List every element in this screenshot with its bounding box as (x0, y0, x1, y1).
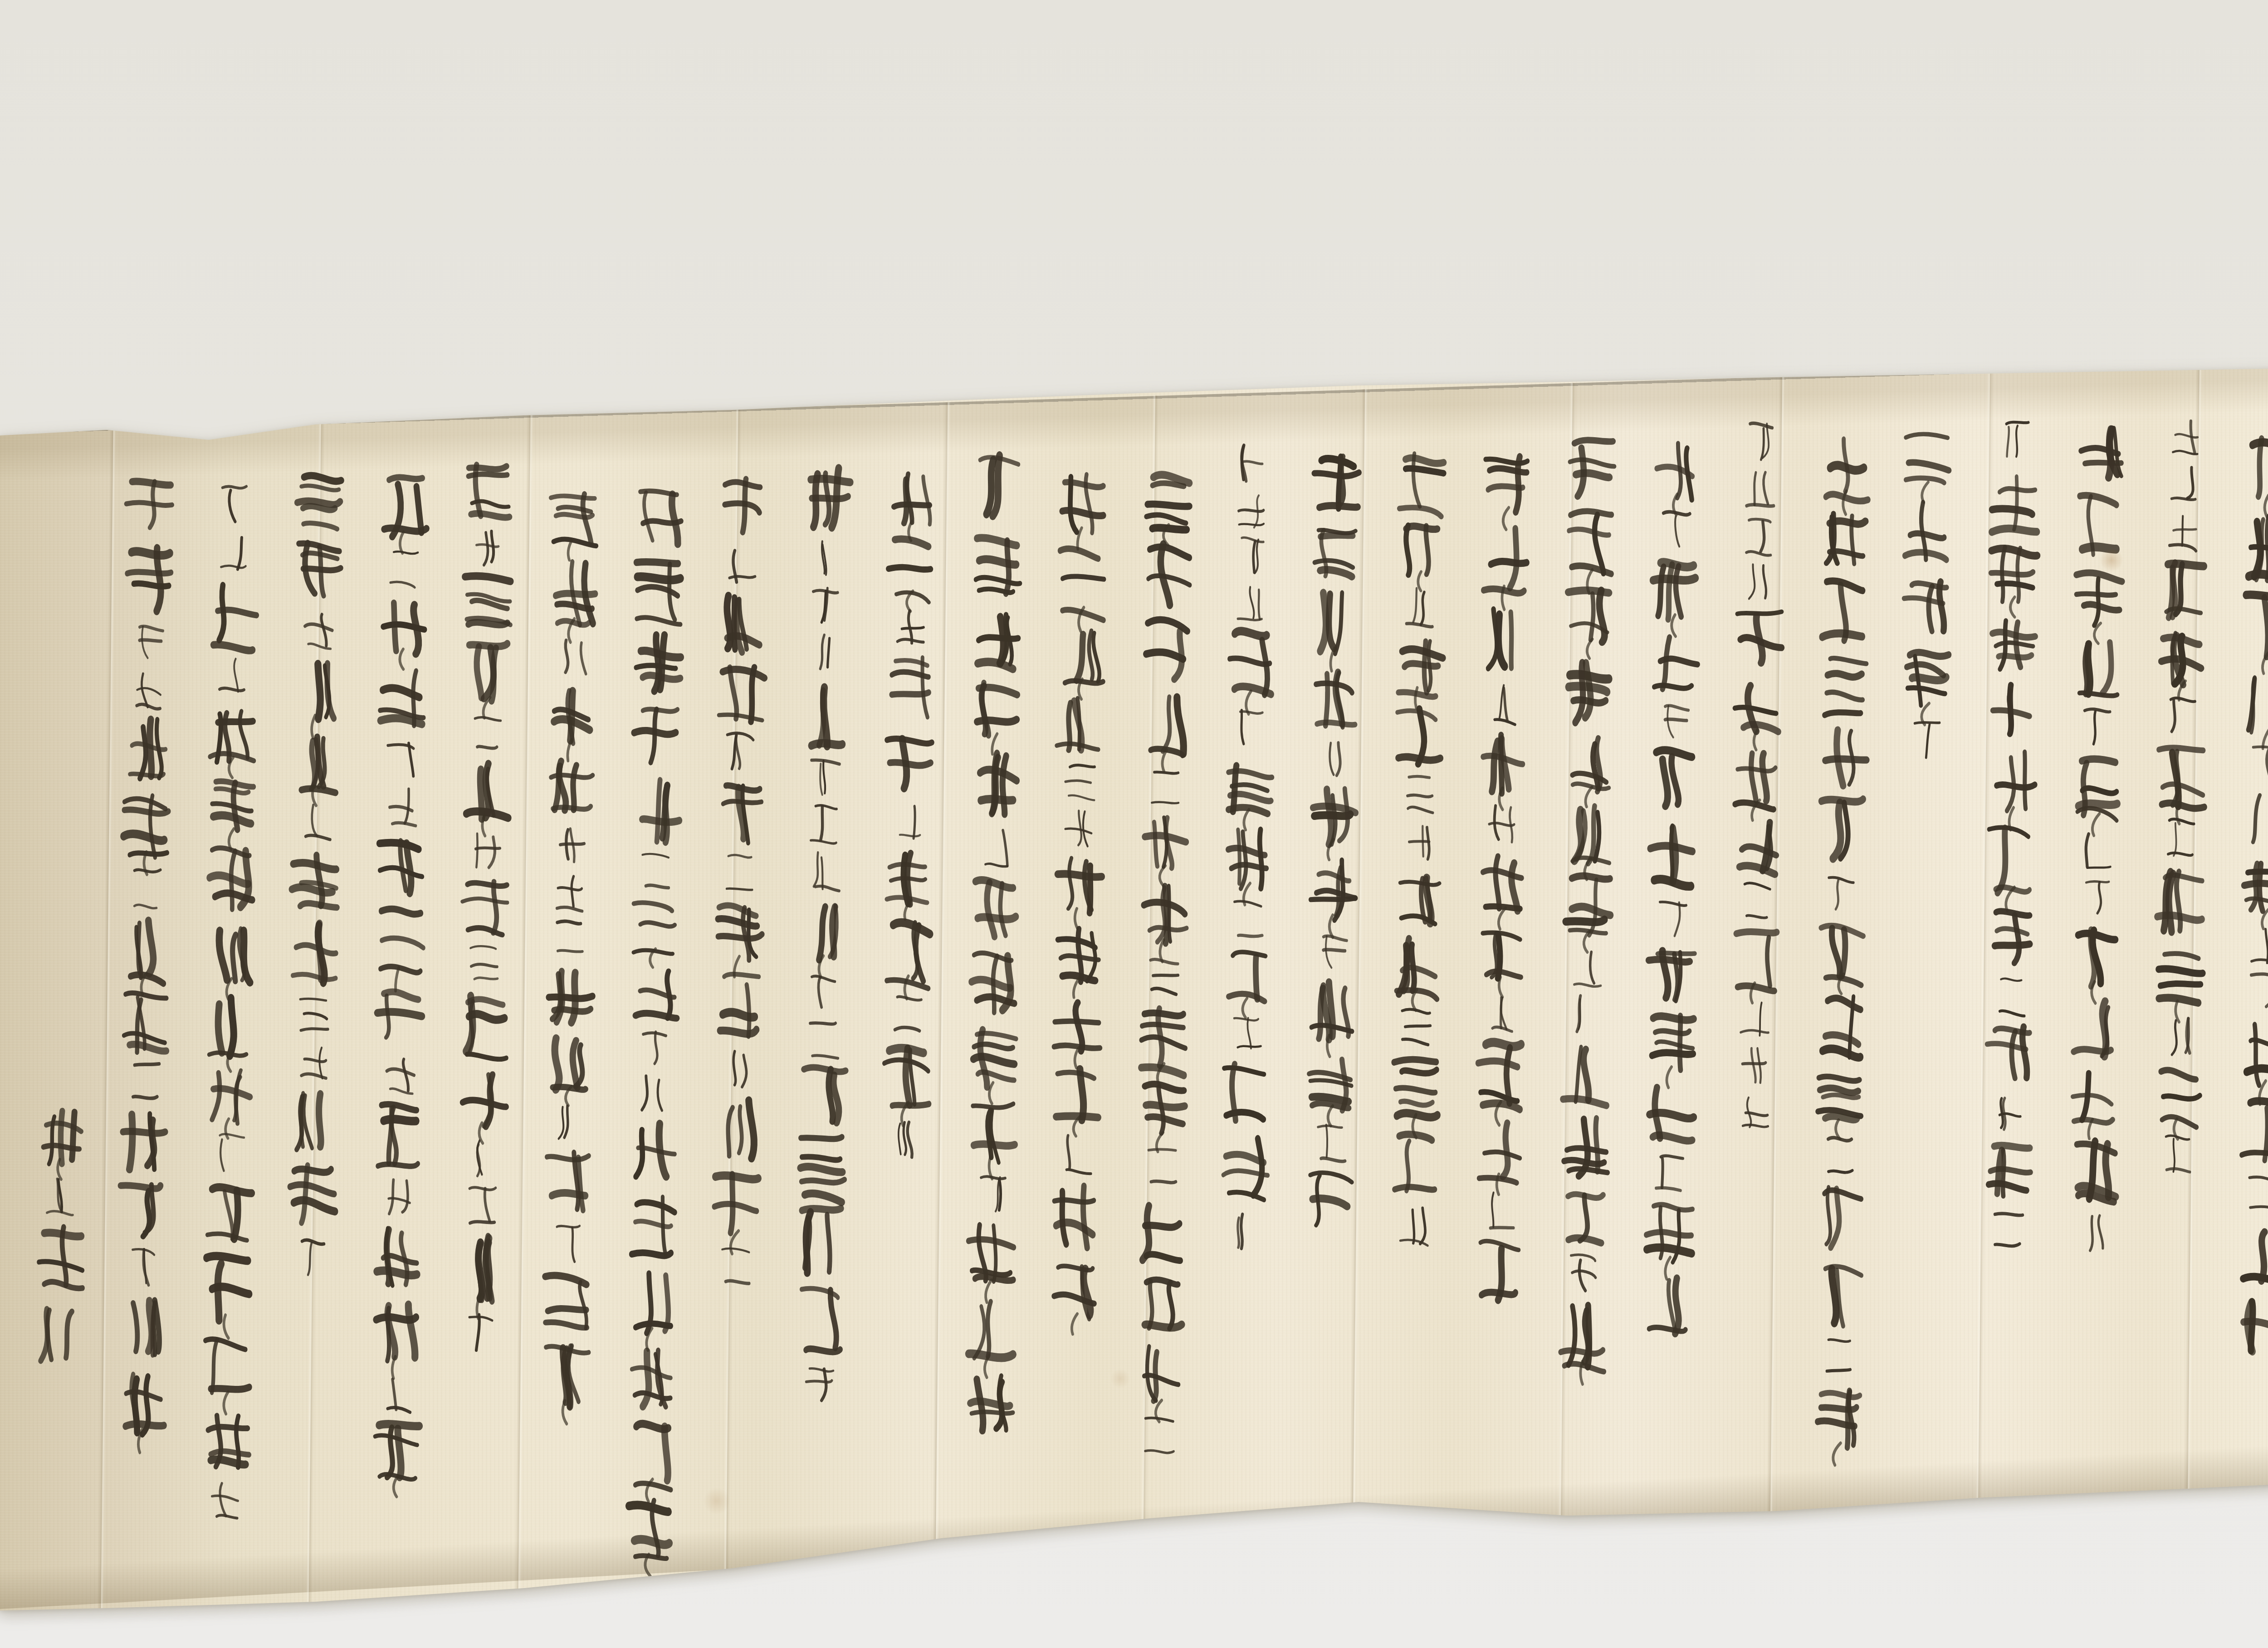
calligraphy-glyph (1813, 918, 1871, 985)
calligraphy-glyph (1312, 1119, 1349, 1163)
calligraphy-glyph (1304, 782, 1363, 850)
calligraphy-glyph (965, 873, 1023, 946)
calligraphy-glyph (963, 1024, 1022, 1094)
calligraphy-glyph (719, 1047, 756, 1092)
calligraphy-glyph (463, 1310, 500, 1354)
calligraphy-glyph (881, 651, 939, 725)
calligraphy-glyph (2249, 741, 2268, 785)
calligraphy-glyph (1809, 1381, 1867, 1455)
text-column (275, 466, 355, 1281)
calligraphy-glyph (466, 942, 503, 986)
calligraphy-glyph (1051, 623, 1110, 690)
calligraphy-glyph (201, 992, 259, 1062)
calligraphy-glyph (1396, 1204, 1433, 1248)
calligraphy-glyph (792, 1204, 850, 1279)
calligraphy-glyph (1742, 420, 1779, 464)
calligraphy-glyph (116, 987, 174, 1058)
calligraphy-glyph (707, 1166, 766, 1243)
calligraphy-glyph (1816, 506, 1875, 571)
calligraphy-glyph (203, 770, 261, 840)
calligraphy-glyph (1569, 945, 1606, 989)
calligraphy-glyph (628, 701, 686, 771)
calligraphy-glyph (2165, 461, 2203, 506)
text-column (529, 486, 610, 1414)
calligraphy-glyph (2166, 414, 2203, 459)
calligraphy-glyph (371, 983, 429, 1048)
calligraphy-glyph (638, 851, 674, 894)
calligraphy-glyph (2164, 694, 2201, 738)
calligraphy-glyph (882, 466, 941, 531)
calligraphy-glyph (297, 799, 334, 844)
calligraphy-glyph (286, 845, 344, 914)
calligraphy-glyph (968, 527, 1026, 601)
calligraphy-glyph (1824, 872, 1861, 916)
calligraphy-glyph (112, 1364, 171, 1442)
calligraphy-glyph (1481, 1188, 1519, 1232)
calligraphy-glyph (289, 466, 348, 533)
calligraphy-glyph (118, 713, 176, 786)
calligraphy-glyph (1642, 1009, 1700, 1078)
calligraphy-glyph (892, 605, 929, 649)
calligraphy-glyph (1726, 926, 1785, 994)
calligraphy-glyph (1652, 1150, 1689, 1195)
calligraphy-glyph (2071, 415, 2129, 485)
calligraphy-glyph (1315, 736, 1353, 780)
calligraphy-glyph (636, 1072, 672, 1115)
calligraphy-glyph (2234, 1219, 2268, 1287)
calligraphy-glyph (960, 1370, 1019, 1438)
calligraphy-glyph (709, 970, 767, 1045)
calligraphy-glyph (552, 868, 589, 912)
calligraphy-glyph (623, 1267, 681, 1341)
calligraphy-glyph (1050, 853, 1108, 920)
calligraphy-glyph (2074, 1211, 2112, 1255)
calligraphy-glyph (2247, 969, 2268, 1013)
calligraphy-glyph (1219, 823, 1277, 895)
calligraphy-glyph (1048, 991, 1107, 1059)
calligraphy-glyph (2238, 787, 2268, 852)
calligraphy-glyph (114, 1178, 173, 1242)
calligraphy-glyph (1229, 897, 1266, 941)
calligraphy-glyph (197, 1406, 256, 1474)
text-column (784, 459, 865, 1405)
calligraphy-glyph (1303, 853, 1362, 927)
calligraphy-glyph (805, 1017, 842, 1061)
calligraphy-glyph (458, 639, 516, 708)
calligraphy-glyph (2239, 665, 2268, 738)
calligraphy-glyph (2153, 627, 2212, 691)
calligraphy-glyph (551, 915, 588, 959)
calligraphy-glyph (115, 1107, 173, 1175)
calligraphy-glyph (627, 774, 685, 849)
calligraphy-glyph (374, 593, 432, 660)
calligraphy-glyph (1049, 922, 1107, 989)
calligraphy-glyph (1984, 679, 2042, 743)
calligraphy-glyph (968, 449, 1027, 525)
calligraphy-glyph (469, 524, 507, 569)
calligraphy-glyph (1138, 467, 1197, 536)
calligraphy-glyph (2240, 430, 2268, 508)
calligraphy-glyph (795, 896, 853, 968)
calligraphy-glyph (2162, 816, 2200, 861)
calligraphy-glyph (380, 1175, 417, 1219)
calligraphy-glyph (552, 821, 589, 866)
calligraphy-glyph (1471, 1037, 1530, 1115)
calligraphy-glyph (126, 1061, 163, 1105)
calligraphy-glyph (1641, 1080, 1700, 1147)
calligraphy-glyph (636, 1026, 673, 1069)
calligraphy-glyph (807, 756, 844, 800)
calligraphy-glyph (1388, 866, 1447, 930)
calligraphy-glyph (629, 554, 688, 627)
calligraphy-glyph (1228, 1011, 1265, 1055)
calligraphy-glyph (199, 1178, 258, 1248)
calligraphy-glyph (626, 897, 684, 959)
calligraphy-glyph (383, 784, 420, 829)
calligraphy-glyph (1562, 437, 1621, 502)
calligraphy-glyph (1558, 872, 1617, 942)
calligraphy-glyph (1046, 1257, 1105, 1325)
calligraphy-glyph (1388, 932, 1446, 1001)
calligraphy-glyph (793, 1132, 851, 1202)
calligraphy-glyph (2152, 740, 2211, 814)
calligraphy-glyph (202, 842, 261, 918)
calligraphy-glyph (464, 1183, 501, 1227)
scan-viewport: 出シ分ヲ承リ〆ニ坪二四位ナレバ全卸即千四百坪斗ラ以テ扱ヒニ千年来右ニテ何レモ自分… (0, 0, 2268, 1648)
calligraphy-glyph (963, 1097, 1022, 1169)
text-column (870, 466, 948, 1161)
calligraphy-glyph (623, 1190, 682, 1265)
calligraphy-glyph (1645, 629, 1704, 697)
calligraphy-glyph (1314, 929, 1351, 974)
text-column (1208, 440, 1288, 1253)
calligraphy-glyph (288, 652, 346, 727)
calligraphy-glyph (1474, 728, 1533, 800)
calligraphy-glyph (712, 661, 770, 727)
calligraphy-glyph (120, 540, 178, 617)
calligraphy-glyph (284, 1085, 342, 1157)
calligraphy-glyph (1556, 1112, 1615, 1182)
calligraphy-glyph (799, 460, 857, 534)
calligraphy-glyph (295, 992, 332, 1037)
calligraphy-glyph (299, 606, 336, 650)
calligraphy-glyph (1307, 448, 1365, 516)
calligraphy-glyph (1217, 1058, 1276, 1126)
calligraphy-glyph (1907, 717, 1944, 761)
calligraphy-glyph (1559, 732, 1618, 798)
calligraphy-glyph (1981, 902, 2040, 969)
calligraphy-glyph (1985, 465, 2044, 539)
text-column (699, 471, 779, 1290)
calligraphy-glyph (1566, 1252, 1603, 1296)
calligraphy-glyph (1306, 518, 1365, 582)
text-column (1123, 467, 1204, 1458)
calligraphy-glyph (723, 542, 761, 586)
calligraphy-glyph (1046, 1176, 1105, 1254)
calligraphy-glyph (1398, 1004, 1435, 1048)
calligraphy-glyph (1473, 922, 1531, 988)
calligraphy-glyph (1559, 800, 1618, 870)
calligraphy-glyph (467, 829, 504, 873)
calligraphy-glyph (967, 677, 1025, 745)
calligraphy-glyph (2154, 554, 2212, 624)
calligraphy-glyph (1305, 585, 1364, 660)
calligraphy-glyph (1135, 810, 1194, 876)
calligraphy-glyph (1554, 1298, 1613, 1374)
calligraphy-glyph (1980, 1137, 2038, 1205)
calligraphy-glyph (367, 1418, 425, 1487)
calligraphy-glyph (802, 1361, 839, 1405)
calligraphy-glyph (1644, 746, 1702, 815)
text-column (23, 1103, 98, 1368)
calligraphy-glyph (622, 1343, 680, 1415)
calligraphy-glyph (1822, 1132, 1859, 1177)
calligraphy-glyph (543, 554, 602, 632)
calligraphy-glyph (793, 1063, 852, 1130)
calligraphy-glyph (1137, 617, 1195, 687)
calligraphy-glyph (1133, 1078, 1192, 1143)
text-column (1632, 435, 1712, 1341)
calligraphy-glyph (1812, 987, 1871, 1063)
calligraphy-glyph (1476, 522, 1535, 599)
calligraphy-glyph (709, 898, 768, 967)
calligraphy-glyph (961, 1295, 1020, 1368)
calligraphy-glyph (2245, 1172, 2268, 1216)
calligraphy-glyph (127, 866, 165, 911)
calligraphy-glyph (385, 546, 422, 590)
calligraphy-glyph (554, 634, 591, 678)
calligraphy-glyph (721, 852, 758, 896)
text-column (614, 483, 696, 1566)
calligraphy-glyph (1216, 1129, 1275, 1207)
calligraphy-glyph (464, 1136, 501, 1180)
calligraphy-glyph (285, 916, 344, 990)
calligraphy-glyph (1134, 1000, 1192, 1076)
calligraphy-glyph (1989, 1207, 2027, 1252)
calligraphy-glyph (1736, 1090, 1773, 1134)
calligraphy-glyph (458, 571, 517, 637)
calligraphy-glyph (1727, 813, 1786, 878)
calligraphy-glyph (1568, 991, 1605, 1036)
calligraphy-glyph (113, 1291, 171, 1362)
calligraphy-glyph (283, 1159, 342, 1234)
calligraphy-glyph (1138, 538, 1196, 614)
paper-stain (703, 1487, 730, 1515)
calligraphy-glyph (805, 970, 842, 1014)
calligraphy-glyph (2066, 921, 2125, 993)
calligraphy-glyph (204, 700, 262, 768)
calligraphy-glyph (2235, 1096, 2268, 1170)
calligraphy-glyph (1131, 1270, 1190, 1337)
calligraphy-glyph (1391, 518, 1450, 582)
calligraphy-glyph (368, 1222, 427, 1293)
calligraphy-glyph (1473, 849, 1532, 920)
calligraphy-glyph (624, 1117, 683, 1188)
calligraphy-glyph (1817, 426, 1875, 503)
calligraphy-glyph (1560, 652, 1618, 730)
calligraphy-glyph (454, 1065, 513, 1134)
calligraphy-glyph (630, 483, 688, 552)
calligraphy-glyph (2247, 922, 2268, 966)
calligraphy-glyph (2160, 1132, 2197, 1177)
calligraphy-glyph (962, 1218, 1020, 1292)
calligraphy-glyph (288, 535, 347, 603)
calligraphy-glyph (1561, 585, 1619, 649)
calligraphy-glyph (2077, 875, 2115, 919)
calligraphy-glyph (1655, 699, 1692, 744)
calligraphy-glyph (216, 530, 253, 574)
calligraphy-glyph (1657, 508, 1694, 552)
calligraphy-glyph (889, 991, 926, 1035)
calligraphy-glyph (1051, 692, 1110, 757)
calligraphy-glyph (1813, 794, 1872, 869)
calligraphy-glyph (1982, 822, 2041, 900)
calligraphy-glyph (129, 666, 166, 711)
calligraphy-glyph (1729, 674, 1787, 741)
calligraphy-glyph (287, 730, 345, 796)
calligraphy-glyph (117, 789, 176, 864)
calligraphy-glyph (722, 730, 759, 774)
calligraphy-glyph (538, 1146, 597, 1220)
calligraphy-glyph (1227, 1209, 1264, 1253)
calligraphy-glyph (542, 754, 601, 819)
calligraphy-glyph (468, 711, 505, 755)
calligraphy-glyph (2078, 828, 2115, 873)
text-column (1801, 426, 1883, 1455)
manuscript-paper (0, 0, 2268, 1648)
calligraphy-glyph (1654, 896, 1691, 940)
calligraphy-glyph (1809, 1257, 1868, 1332)
calligraphy-glyph (1471, 1117, 1530, 1185)
calligraphy-glyph (1810, 1179, 1869, 1255)
calligraphy-glyph (2069, 636, 2127, 703)
calligraphy-glyph (1483, 990, 1520, 1035)
calligraphy-glyph (371, 903, 430, 980)
calligraphy-glyph (1984, 610, 2043, 677)
calligraphy-glyph (1728, 743, 1786, 811)
text-column (1718, 419, 1797, 1134)
calligraphy-glyph (1816, 573, 1874, 650)
calligraphy-glyph (205, 576, 263, 651)
calligraphy-glyph (1561, 504, 1620, 582)
calligraphy-glyph (30, 1297, 89, 1368)
calligraphy-glyph (621, 1494, 679, 1566)
calligraphy-glyph (1643, 817, 1702, 893)
calligraphy-glyph (1992, 971, 2029, 1016)
calligraphy-glyph (1642, 942, 1701, 1006)
calligraphy-glyph (879, 912, 937, 988)
text-column (359, 473, 441, 1487)
calligraphy-glyph (459, 458, 518, 522)
calligraphy-glyph (198, 1330, 256, 1404)
calligraphy-glyph (1741, 467, 1779, 511)
calligraphy-glyph (1729, 606, 1788, 672)
calligraphy-glyph (200, 1064, 259, 1129)
calligraphy-glyph (208, 1476, 245, 1521)
calligraphy-glyph (368, 1296, 426, 1369)
calligraphy-glyph (1899, 425, 1957, 493)
calligraphy-glyph (550, 1099, 587, 1144)
calligraphy-glyph (711, 776, 769, 849)
calligraphy-glyph (1232, 580, 1269, 625)
calligraphy-glyph (1470, 1234, 1529, 1308)
calligraphy-glyph (2150, 1061, 2208, 1130)
calligraphy-glyph (1811, 1066, 1870, 1130)
calligraphy-glyph (1477, 446, 1535, 520)
calligraphy-glyph (1984, 541, 2043, 608)
calligraphy-glyph (2237, 854, 2268, 920)
calligraphy-glyph (120, 472, 179, 537)
calligraphy-glyph (538, 1269, 596, 1335)
calligraphy-glyph (797, 677, 855, 753)
calligraphy-glyph (1991, 1091, 2028, 1135)
calligraphy-glyph (2065, 1064, 2123, 1130)
calligraphy-glyph (1486, 681, 1523, 726)
calligraphy-glyph (540, 961, 598, 1030)
calligraphy-glyph (383, 737, 420, 782)
calligraphy-glyph (877, 1037, 936, 1115)
calligraphy-glyph (621, 1417, 680, 1492)
calligraphy-glyph (455, 989, 513, 1063)
calligraphy-glyph (116, 913, 175, 985)
calligraphy-glyph (1741, 513, 1778, 558)
calligraphy-glyph (1302, 1049, 1360, 1117)
calligraphy-glyph (1815, 653, 1873, 722)
text-column (190, 483, 271, 1521)
calligraphy-glyph (381, 1051, 418, 1095)
calligraphy-glyph (964, 948, 1023, 1022)
calligraphy-glyph (1233, 487, 1270, 531)
calligraphy-glyph (539, 1033, 598, 1097)
calligraphy-glyph (2079, 706, 2116, 751)
calligraphy-glyph (2160, 1015, 2198, 1059)
calligraphy-glyph (888, 1117, 925, 1162)
calligraphy-glyph (1232, 534, 1270, 578)
text-column (445, 458, 525, 1354)
text-column (1463, 446, 1543, 1308)
calligraphy-glyph (1220, 752, 1278, 820)
text-column (1547, 437, 1628, 1374)
calligraphy-glyph (1738, 880, 1775, 925)
text-column (953, 449, 1034, 1438)
paper-shadow (0, 0, 2268, 1648)
calligraphy-glyph (1136, 690, 1195, 761)
calligraphy-glyph (1898, 495, 1956, 570)
calligraphy-glyph (1557, 1038, 1615, 1109)
calligraphy-glyph (1392, 447, 1450, 516)
calligraphy-glyph (537, 1337, 595, 1414)
calligraphy-glyph (1983, 746, 2041, 820)
calligraphy-glyph (1485, 802, 1522, 847)
calligraphy-glyph (1647, 435, 1705, 505)
calligraphy-glyph (1231, 706, 1268, 750)
text-column (1039, 468, 1119, 1325)
calligraphy-glyph (2240, 510, 2268, 586)
calligraphy-glyph (369, 1097, 428, 1173)
calligraphy-glyph (1390, 631, 1449, 699)
calligraphy-glyph (628, 629, 687, 699)
calligraphy-glyph (1980, 1018, 2039, 1088)
calligraphy-glyph (1053, 468, 1111, 540)
calligraphy-glyph (216, 483, 254, 527)
calligraphy-glyph (295, 1039, 332, 1083)
calligraphy-glyph (373, 663, 432, 735)
calligraphy-glyph (2069, 566, 2128, 634)
calligraphy-glyph (1141, 1414, 1178, 1458)
calligraphy-glyph (708, 1094, 767, 1164)
calligraphy-glyph (1061, 759, 1098, 804)
calligraphy-glyph (1555, 1185, 1614, 1249)
